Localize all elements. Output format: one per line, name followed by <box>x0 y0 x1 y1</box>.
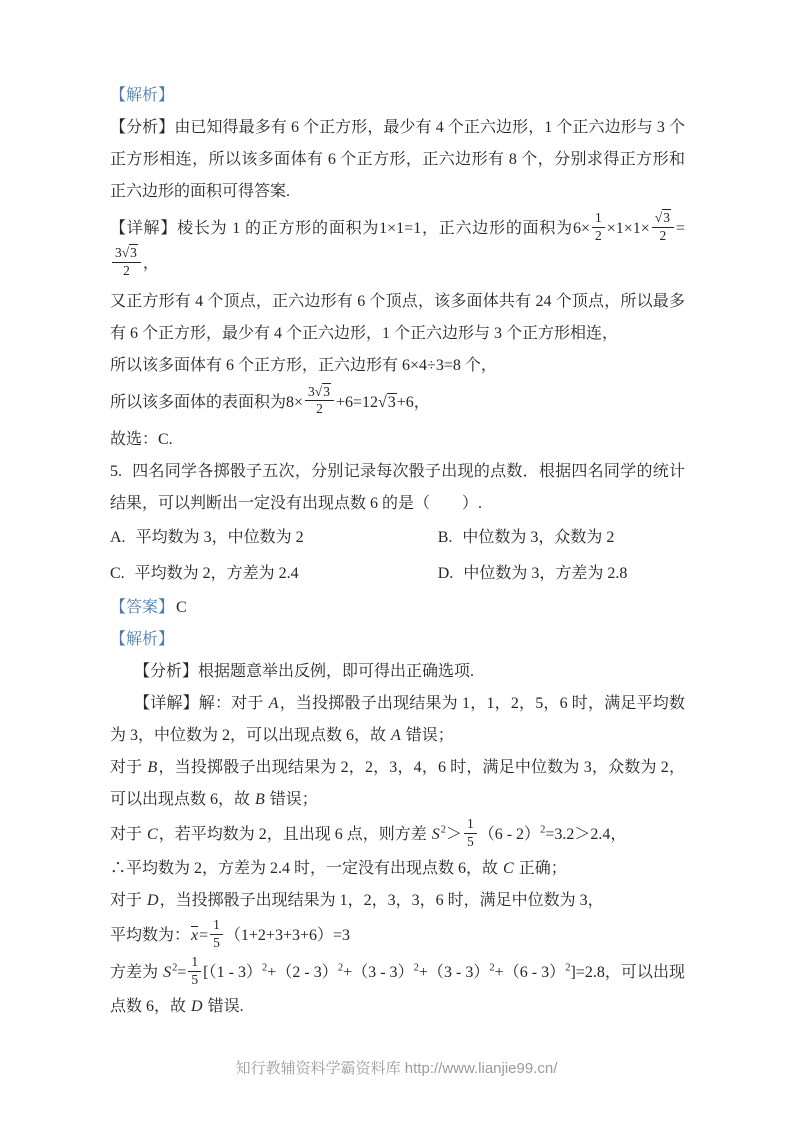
fraction-numerator: 1 <box>464 816 477 834</box>
footer-site-link[interactable]: 知行教辅资料学霸资料库 http://www.lianjie99.cn/ <box>236 1060 558 1077</box>
sqrt-3: √3 <box>378 393 397 411</box>
fraction-one-fifth: 15 <box>464 816 477 851</box>
var-C: C <box>146 826 159 843</box>
fraction-3sqrt3-over-2: 3√32 <box>112 245 141 280</box>
fraction-numerator: 1 <box>210 917 223 935</box>
answer-value: C <box>176 599 187 616</box>
var-A: A <box>390 727 402 744</box>
q5-detail-line4: ∴平均数为 2，方差为 2.4 时，一定没有出现点数 6，故 C 正确； <box>110 853 685 885</box>
q5-jiexi-label: 【解析】 <box>110 624 685 656</box>
option-d-label: D. <box>438 565 454 582</box>
question-number: 5. <box>110 463 122 480</box>
text-run: +（6 - 3） <box>495 964 566 981</box>
fraction-denominator: 2 <box>305 401 334 418</box>
var-S: S <box>162 964 172 981</box>
option-c-text: 平均数为 2，方差为 2.4 <box>135 565 299 582</box>
q4-detail-line3-prefix: 所以该多面体有 6 个正方形，正六边形有 <box>110 357 398 374</box>
fraction-numerator: 3√3 <box>305 384 334 402</box>
q5-detail-line6: 平均数为：x=15（1+2+3+3+6）=3 <box>110 919 685 954</box>
q4-detail-line1-mul: ×1×1× <box>607 220 650 237</box>
text-run: ，当投掷骰子出现结果为 1，2，3，3，6 时，满足中位数为 3， <box>160 892 604 909</box>
q4-detail-line4-mid: +6=12 <box>336 394 378 411</box>
q4-detail-line4-suffix: +6， <box>397 394 430 411</box>
text-run: 对于 <box>110 826 146 843</box>
var-x-bar: x <box>190 927 199 944</box>
option-a-text: 平均数为 3，中位数为 2 <box>136 529 304 546</box>
text-run: =3.2＞2.4， <box>545 826 626 843</box>
text-run: 平均数为： <box>110 927 190 944</box>
option-c-label: C. <box>110 565 125 582</box>
fraction-one-half: 12 <box>592 210 605 245</box>
fraction-numerator: 3√3 <box>112 245 141 263</box>
fraction-numerator: 1 <box>188 954 201 972</box>
footer: 知行教辅资料学霸资料库 http://www.lianjie99.cn/ <box>0 1057 793 1078</box>
fraction-denominator: 2 <box>592 228 605 245</box>
text-run: ，若平均数为 2，且出现 6 点，则方差 <box>159 826 431 843</box>
var-B: B <box>254 791 266 808</box>
fraction-denominator: 5 <box>210 935 223 952</box>
sqrt-3: √3 <box>655 209 671 225</box>
option-a: A.平均数为 3，中位数为 2 <box>110 520 438 556</box>
q5-detail-line7: 方差为 S2=15[（1 - 3）2+（2 - 3）2+（3 - 3）2+（3 … <box>110 956 685 1023</box>
text-run: = <box>177 964 186 981</box>
text-run: = <box>199 927 208 944</box>
q4-detail-line1-prefix: 【详解】棱长为 1 的正方形的面积为1×1=1，正六边形的面积为6× <box>110 220 590 237</box>
option-b: B.中位数为 3，众数为 2 <box>438 520 615 556</box>
q4-conclusion: 故选：C. <box>110 424 685 456</box>
q4-detail-line3-formula: 6×4÷3=8 <box>402 357 461 374</box>
text-run: 错误； <box>266 791 318 808</box>
q5-analysis: 【分析】根据题意举出反例，即可得出正确选项. <box>110 656 685 688</box>
text-run: +（3 - 3） <box>419 964 490 981</box>
q4-detail-line4-prefix: 所以该多面体的表面积为8× <box>110 394 303 411</box>
q4-detail-line4: 所以该多面体的表面积为8×3√32+6=12√3+6， <box>110 386 685 421</box>
text-run: 【详解】解：对于 <box>134 695 268 712</box>
q5-detail-line2: 对于 B，当投掷骰子出现结果为 2，2，3，4，6 时，满足中位数为 3，众数为… <box>110 752 685 816</box>
radicand: 3 <box>322 383 331 399</box>
text-run: （6 - 2） <box>479 826 540 843</box>
coefficient: 3 <box>308 384 315 399</box>
options-row-2: C.平均数为 2，方差为 2.4 D.中位数为 3，方差为 2.8 <box>110 556 685 592</box>
text-run: ＞ <box>446 826 462 843</box>
text-run: 错误. <box>204 998 244 1015</box>
radicand: 3 <box>129 244 138 260</box>
q4-detail-line1-eq: = <box>676 220 685 237</box>
options-row-1: A.平均数为 3，中位数为 2 B.中位数为 3，众数为 2 <box>110 520 685 556</box>
q4-detail-line3-suffix: 个， <box>465 357 497 374</box>
sqrt-3: √3 <box>122 244 138 260</box>
answer-label: 【答案】 <box>110 599 174 616</box>
radicand: 3 <box>387 393 397 411</box>
q4-detail-line1-end: ， <box>143 255 159 272</box>
fraction-3sqrt3-over-2: 3√32 <box>305 384 334 419</box>
q5-question: 5.四名同学各掷骰子五次，分别记录每次骰子出现的点数．根据四名同学的统计结果，可… <box>110 456 685 520</box>
text-run: +（2 - 3） <box>267 964 338 981</box>
fraction-denominator: 2 <box>112 263 141 280</box>
var-B: B <box>147 759 159 776</box>
q5-detail-line1: 【详解】解：对于 A，当投掷骰子出现结果为 1，1，2，5，6 时，满足平均数为… <box>110 688 685 752</box>
var-A: A <box>268 695 280 712</box>
text-run: 对于 <box>110 892 146 909</box>
text-run: [（1 - 3） <box>203 964 262 981</box>
q4-detail-line3: 所以该多面体有 6 个正方形，正六边形有 6×4÷3=8 个， <box>110 350 685 382</box>
radical-sign: √ <box>378 394 387 411</box>
coefficient: 3 <box>115 245 122 260</box>
var-S: S <box>431 826 441 843</box>
text-run: +（3 - 3） <box>343 964 414 981</box>
question-stem: 四名同学各掷骰子五次，分别记录每次骰子出现的点数．根据四名同学的统计结果，可以判… <box>110 463 685 512</box>
fraction-numerator: √3 <box>652 210 674 228</box>
sqrt-3: √3 <box>315 383 331 399</box>
option-c: C.平均数为 2，方差为 2.4 <box>110 556 438 592</box>
q4-detail-line1: 【详解】棱长为 1 的正方形的面积为1×1=1，正六边形的面积为6×12×1×1… <box>110 212 685 282</box>
fraction-denominator: 2 <box>652 228 674 245</box>
fraction-denominator: 5 <box>464 834 477 851</box>
option-b-text: 中位数为 3，众数为 2 <box>462 529 614 546</box>
q5-answer-line: 【答案】C <box>110 592 685 624</box>
q4-jiexi-label: 【解析】 <box>110 80 685 112</box>
text-run: 错误； <box>402 727 454 744</box>
var-D: D <box>190 998 204 1015</box>
fraction-denominator: 5 <box>188 972 201 989</box>
q4-detail-line2: 又正方形有 4 个顶点，正六边形有 6 个顶点，该多面体共有 24 个顶点，所以… <box>110 286 685 350</box>
fraction-numerator: 1 <box>592 210 605 228</box>
var-D: D <box>146 892 160 909</box>
var-C: C <box>502 860 515 877</box>
q5-detail-line3: 对于 C，若平均数为 2，且出现 6 点，则方差 S2＞15（6 - 2）2=3… <box>110 818 685 853</box>
text-run: 方差为 <box>110 964 162 981</box>
radicand: 3 <box>662 209 671 225</box>
option-b-label: B. <box>438 529 453 546</box>
q5-detail-line5: 对于 D，当投掷骰子出现结果为 1，2，3，3，6 时，满足中位数为 3， <box>110 885 685 917</box>
text-run: ，当投掷骰子出现结果为 2，2，3，4，6 时，满足中位数为 3，众数为 2，可… <box>110 759 685 808</box>
fraction-one-fifth: 15 <box>188 954 201 989</box>
document-page: 【解析】 【分析】由已知得最多有 6 个正方形，最少有 4 个正六边形，1 个正… <box>0 0 793 1122</box>
fraction-one-fifth: 15 <box>210 917 223 952</box>
option-d: D.中位数为 3，方差为 2.8 <box>438 556 628 592</box>
text-run: 对于 <box>110 759 147 776</box>
text-run: ∴平均数为 2，方差为 2.4 时，一定没有出现点数 6，故 <box>110 860 502 877</box>
text-run: （1+2+3+3+6）=3 <box>225 927 350 944</box>
q4-analysis: 【分析】由已知得最多有 6 个正方形，最少有 4 个正六边形，1 个正六边形与 … <box>110 112 685 208</box>
option-d-text: 中位数为 3，方差为 2.8 <box>463 565 627 582</box>
text-run: 正确； <box>515 860 567 877</box>
q5-options: A.平均数为 3，中位数为 2 B.中位数为 3，众数为 2 C.平均数为 2，… <box>110 520 685 592</box>
fraction-sqrt3-over-2: √32 <box>652 210 674 245</box>
option-a-label: A. <box>110 529 126 546</box>
